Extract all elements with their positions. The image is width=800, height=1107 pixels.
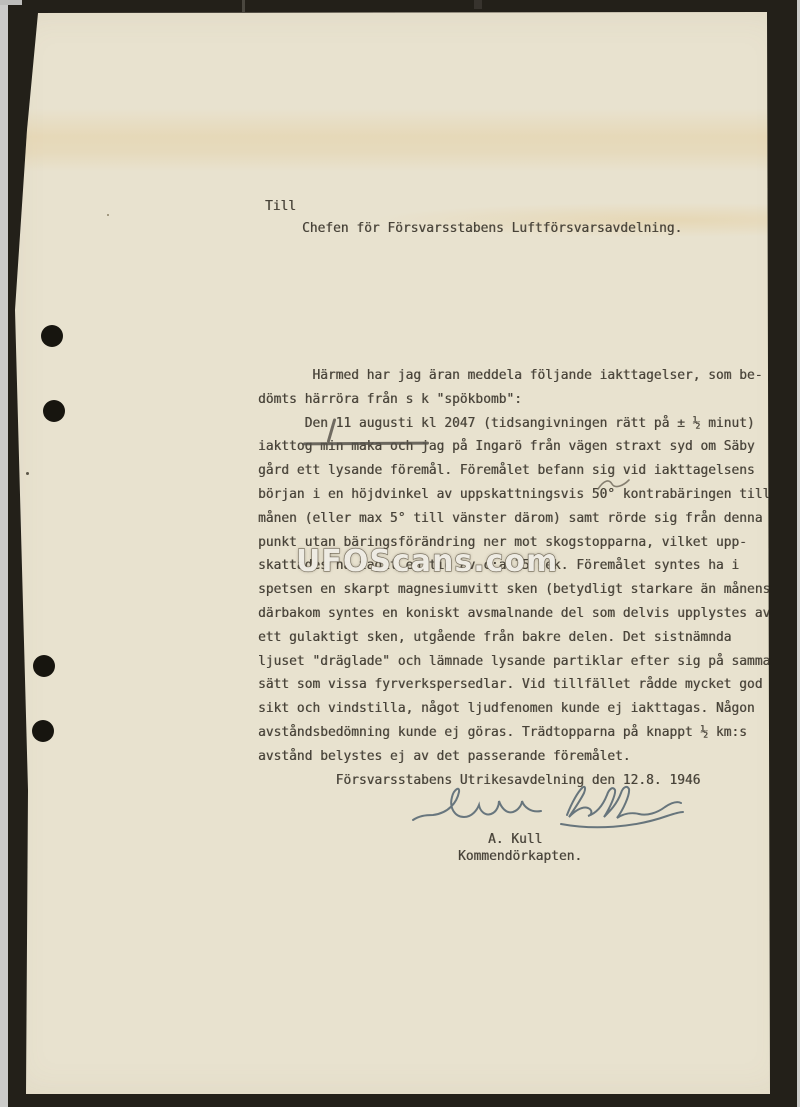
text-line: sätt som vissa fyrverkspersedlar. Vid ti… xyxy=(258,673,798,697)
scan-border-seam xyxy=(242,0,245,12)
text-line: dömts härröra från s k "spökbomb": xyxy=(258,388,798,412)
signer-title: Kommendörkapten. xyxy=(458,849,582,864)
paper-stain xyxy=(10,108,790,172)
text-line: Härmed har jag äran meddela följande iak… xyxy=(258,364,798,388)
signature xyxy=(409,784,699,836)
salutation: Till xyxy=(265,199,296,214)
text-line: ljuset "dräglade" och lämnade lysande pa… xyxy=(258,650,798,674)
text-line: sikt och vindstilla, något ljudfenomen k… xyxy=(258,697,798,721)
text-line: Den 11 augusti kl 2047 (tidsangivningen … xyxy=(258,412,798,436)
text-line: iakttog min maka och jag på Ingarö från … xyxy=(258,435,798,459)
punch-hole xyxy=(43,400,65,422)
paper-speck xyxy=(26,472,29,475)
text-line: avståndsbedömning kunde ej göras. Trädto… xyxy=(258,721,798,745)
text-line: gård ett lysande föremål. Föremålet befa… xyxy=(258,459,798,483)
pencil-squiggle-mark xyxy=(596,476,632,493)
watermark: UFOScans.com xyxy=(296,544,558,579)
text-line: därbakom syntes en koniskt avsmalnande d… xyxy=(258,602,798,626)
punch-hole xyxy=(32,720,54,742)
punch-hole xyxy=(33,655,55,677)
text-line: månen (eller max 5° till vänster därom) … xyxy=(258,507,798,531)
document-page: Till Chefen för Försvarsstabens Luftförs… xyxy=(0,0,800,1107)
recipient-line: Chefen för Försvarsstabens Luftförsvarsa… xyxy=(302,221,682,236)
text-line: början i en höjdvinkel av uppskattningsv… xyxy=(258,483,798,507)
paper-speck xyxy=(107,214,109,216)
text-line: ett gulaktigt sken, utgående från bakre … xyxy=(258,626,798,650)
scanner-edge-notch xyxy=(0,0,22,5)
scan-border-seam xyxy=(474,0,482,9)
punch-hole xyxy=(41,325,63,347)
text-line: avstånd belystes ej av det passerande fö… xyxy=(258,745,798,769)
text-line: spetsen en skarpt magnesiumvitt sken (be… xyxy=(258,578,798,602)
signer-name: A. Kull xyxy=(488,832,542,847)
